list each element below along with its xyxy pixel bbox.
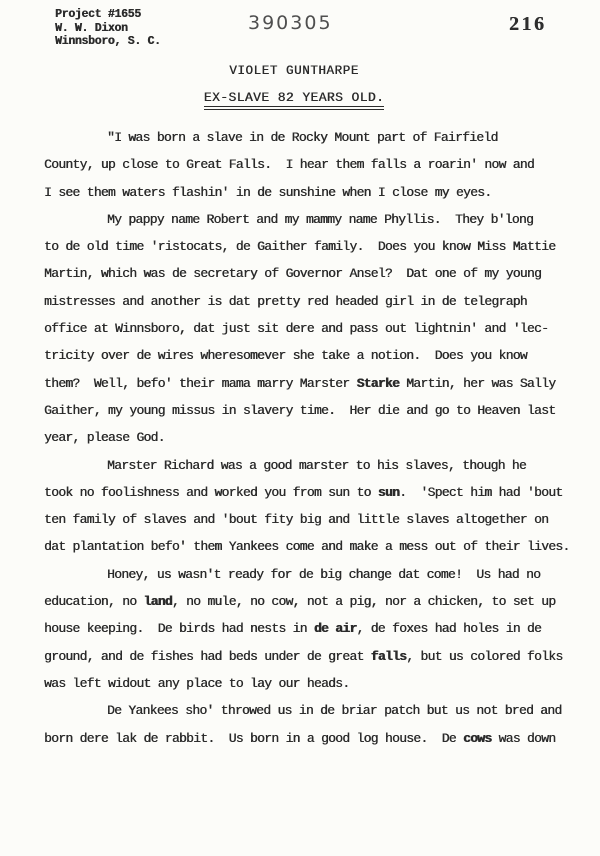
body-line: born dere lak de rabbit. Us born in a go…: [44, 725, 576, 752]
body-line: office at Winnsboro, dat just sit dere a…: [44, 315, 576, 342]
body-line: ground, and de fishes had beds under de …: [44, 643, 576, 670]
body-line: ten family of slaves and 'bout fity big …: [44, 506, 576, 533]
body-line: I see them waters flashin' in de sunshin…: [44, 179, 576, 206]
document-body: "I was born a slave in de Rocky Mount pa…: [44, 124, 576, 752]
body-line: to de old time 'ristocats, de Gaither fa…: [44, 233, 576, 260]
body-line: year, please God.: [44, 424, 576, 451]
page-number: 216: [509, 13, 547, 36]
body-line: County, up close to Great Falls. I hear …: [44, 151, 576, 178]
body-line: De Yankees sho' throwed us in de briar p…: [44, 697, 576, 724]
body-line: was left widout any place to lay our hea…: [44, 670, 576, 697]
project-info-line: W. W. Dixon: [55, 22, 161, 36]
body-line: dat plantation befo' them Yankees come a…: [44, 533, 576, 560]
document-subtitle: EX-SLAVE 82 YEARS OLD.: [204, 90, 384, 110]
body-line: Honey, us wasn't ready for de big change…: [44, 561, 576, 588]
body-line: education, no land, no mule, no cow, not…: [44, 588, 576, 615]
body-line: took no foolishness and worked you from …: [44, 479, 576, 506]
body-line: them? Well, befo' their mama marry Marst…: [44, 370, 576, 397]
project-info: Project #1655W. W. DixonWinnsboro, S. C.: [55, 8, 161, 49]
document-page: Project #1655W. W. DixonWinnsboro, S. C.…: [0, 0, 600, 856]
body-line: tricity over de wires wheresomever she t…: [44, 342, 576, 369]
body-line: "I was born a slave in de Rocky Mount pa…: [44, 124, 576, 151]
body-line: Martin, which was de secretary of Govern…: [44, 260, 576, 287]
catalog-number-stamp: 390305: [248, 12, 333, 34]
body-line: house keeping. De birds had nests in de …: [44, 615, 576, 642]
body-line: My pappy name Robert and my mammy name P…: [44, 206, 576, 233]
body-line: Gaither, my young missus in slavery time…: [44, 397, 576, 424]
body-line: mistresses and another is dat pretty red…: [44, 288, 576, 315]
project-info-line: Project #1655: [55, 8, 161, 22]
document-title: VIOLET GUNTHARPE: [0, 64, 588, 78]
project-info-line: Winnsboro, S. C.: [55, 35, 161, 49]
body-line: Marster Richard was a good marster to hi…: [44, 452, 576, 479]
document-subtitle-row: EX-SLAVE 82 YEARS OLD.: [0, 90, 588, 110]
